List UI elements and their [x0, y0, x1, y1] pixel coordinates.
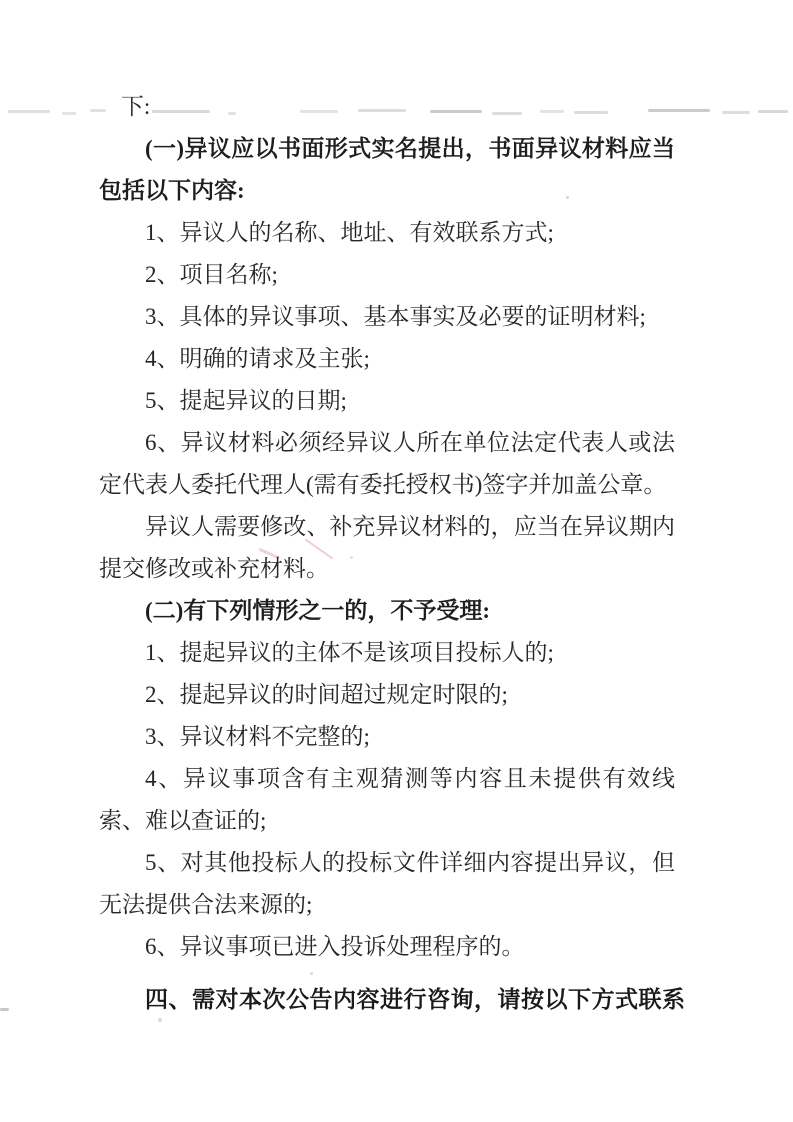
- paragraph-continuation: 下:: [99, 86, 675, 128]
- scan-smudge-dash: [722, 111, 750, 114]
- scan-smudge-dash: [8, 110, 50, 113]
- list-item: 3、具体的异议事项、基本事实及必要的证明材料;: [99, 296, 675, 338]
- list-item: 1、异议人的名称、地址、有效联系方式;: [99, 212, 675, 254]
- section-heading-1: (一)异议应以书面形式实名提出，书面异议材料应当包括以下内容:: [99, 128, 675, 212]
- section-heading-2: (二)有下列情形之一的，不予受理:: [99, 590, 675, 632]
- list-item: 5、提起异议的日期;: [99, 380, 675, 422]
- list-item: 5、对其他投标人的投标文件详细内容提出异议，但无法提供合法来源的;: [99, 842, 675, 926]
- list-item: 4、异议事项含有主观猜测等内容且未提供有效线索、难以查证的;: [99, 758, 675, 842]
- section-heading-4: 四、需对本次公告内容进行咨询，请按以下方式联系: [99, 978, 675, 1020]
- list-item: 2、项目名称;: [99, 254, 675, 296]
- list-item: 6、异议材料必须经异议人所在单位法定代表人或法定代表人委托代理人(需有委托授权书…: [99, 422, 675, 506]
- scanned-document-page: 下: (一)异议应以书面形式实名提出，书面异议材料应当包括以下内容: 1、异议人…: [0, 0, 793, 1122]
- list-item: 4、明确的请求及主张;: [99, 338, 675, 380]
- list-item: 2、提起异议的时间超过规定时限的;: [99, 674, 675, 716]
- list-item: 1、提起异议的主体不是该项目投标人的;: [99, 632, 675, 674]
- list-item: 3、异议材料不完整的;: [99, 716, 675, 758]
- paragraph: 异议人需要修改、补充异议材料的，应当在异议期内提交修改或补充材料。: [99, 506, 675, 590]
- scan-smudge-dash: [62, 112, 76, 115]
- document-body: 下: (一)异议应以书面形式实名提出，书面异议材料应当包括以下内容: 1、异议人…: [99, 86, 675, 1020]
- list-item: 6、异议事项已进入投诉处理程序的。: [99, 926, 675, 968]
- scan-smudge-dash: [758, 110, 788, 113]
- scan-edge-mark: [0, 1008, 9, 1011]
